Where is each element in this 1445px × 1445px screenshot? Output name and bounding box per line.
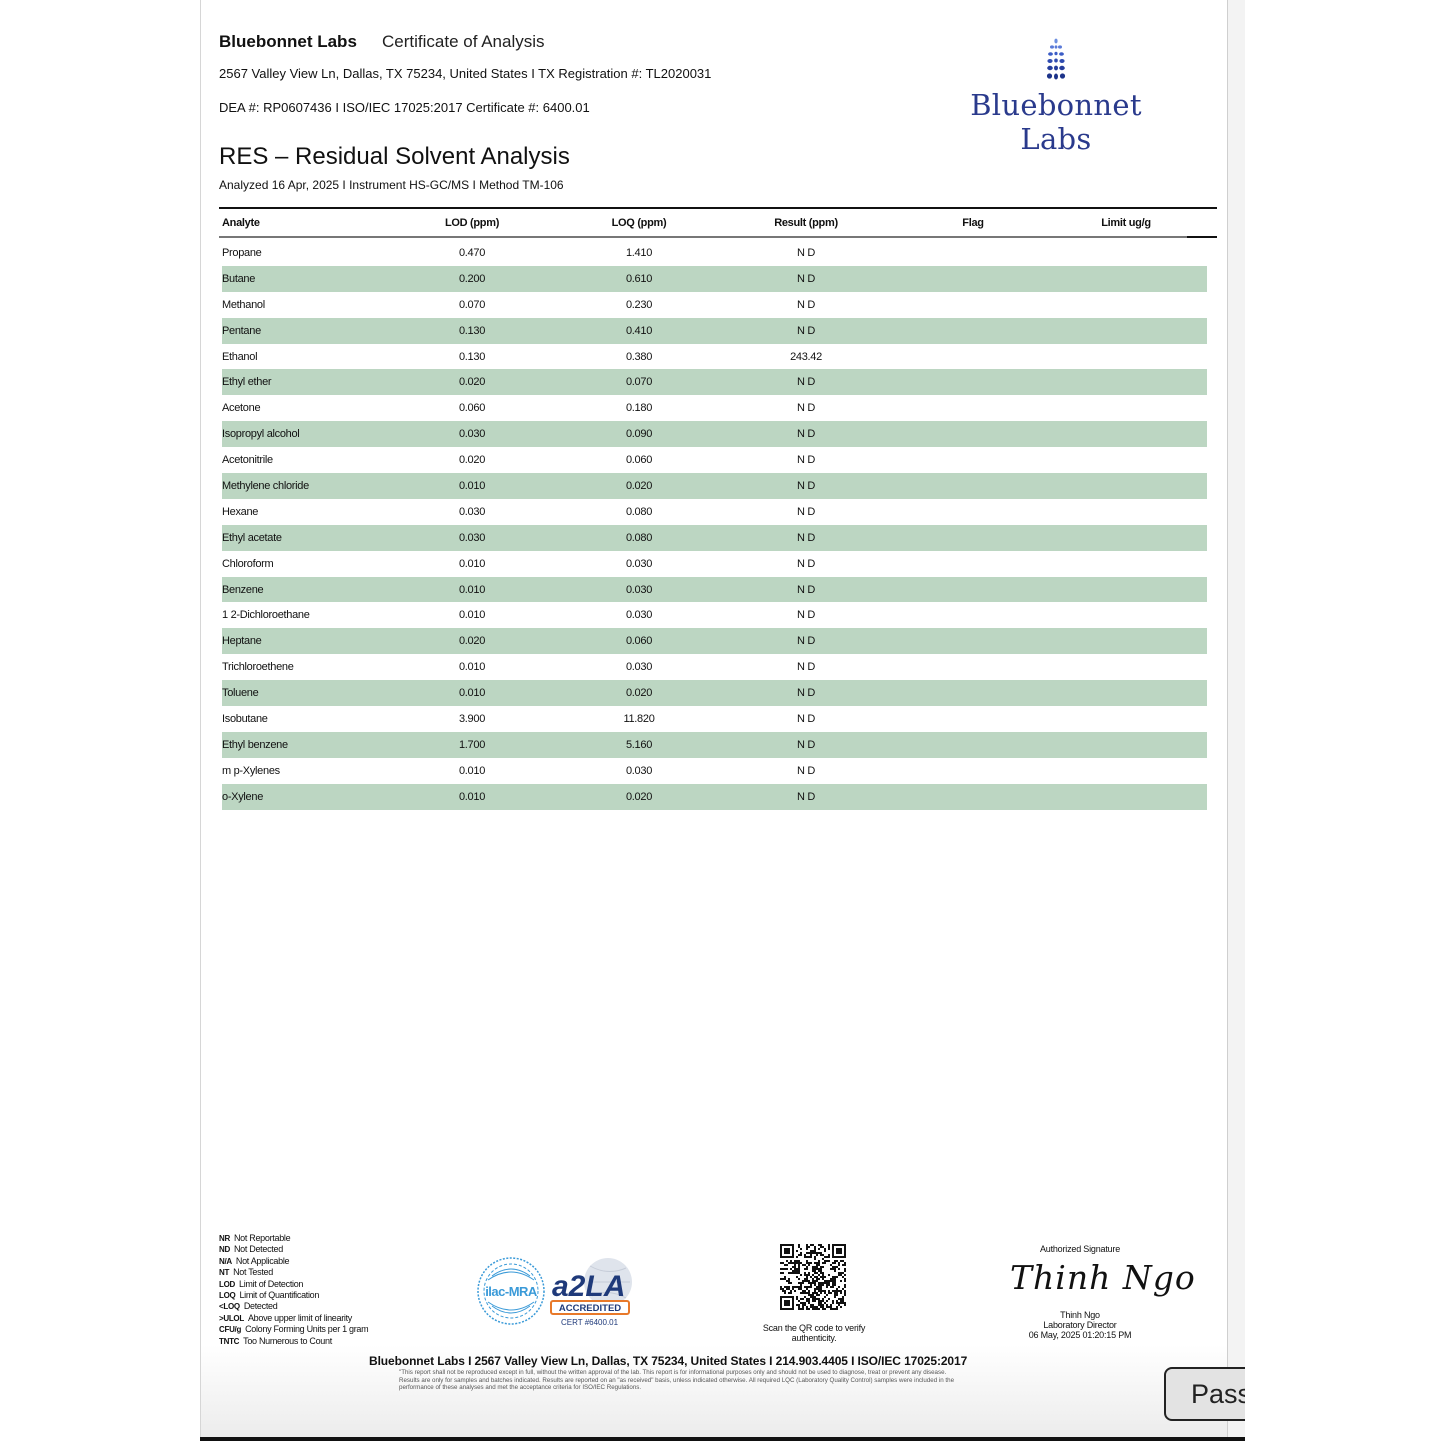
- svg-text:ilac-MRA: ilac-MRA: [485, 1284, 538, 1299]
- handwritten-signature: Thinh Ngo: [1010, 1258, 1196, 1297]
- result-value: N D: [797, 609, 815, 621]
- header-loq: LOQ (ppm): [612, 217, 667, 229]
- signature-datetime: 06 May, 2025 01:20:15 PM: [1000, 1330, 1160, 1340]
- loq-value: 0.030: [626, 661, 652, 673]
- loq-value: 0.080: [626, 506, 652, 518]
- result-value: N D: [797, 739, 815, 751]
- legend-item: CFU/gColony Forming Units per 1 gram: [219, 1324, 368, 1335]
- header-lod: LOD (ppm): [445, 217, 499, 229]
- signatory-role: Laboratory Director: [1000, 1320, 1160, 1330]
- loq-value: 0.090: [626, 428, 652, 440]
- legend-item: N/ANot Applicable: [219, 1256, 368, 1267]
- header-flag: Flag: [962, 217, 983, 229]
- lab-logo: Bluebonnet Labs: [930, 38, 1182, 156]
- table-row: m p-Xylenes0.0100.030N D: [222, 758, 1207, 784]
- result-value: N D: [797, 299, 815, 311]
- lod-value: 0.130: [459, 325, 485, 337]
- lod-value: 0.030: [459, 428, 485, 440]
- lod-value: 0.030: [459, 532, 485, 544]
- result-value: N D: [797, 325, 815, 337]
- lod-value: 0.010: [459, 480, 485, 492]
- analyte-name: Isobutane: [222, 713, 268, 725]
- analyte-name: o-Xylene: [222, 791, 263, 803]
- lod-value: 0.010: [459, 661, 485, 673]
- signatory-name: Thinh Ngo: [1000, 1310, 1160, 1320]
- header-analyte: Analyte: [222, 217, 260, 229]
- loq-value: 0.380: [626, 351, 652, 363]
- header-result: Result (ppm): [774, 217, 838, 229]
- result-value: N D: [797, 584, 815, 596]
- legend-abbr: <LOQ: [219, 1302, 240, 1311]
- lod-value: 0.020: [459, 376, 485, 388]
- analyte-name: Toluene: [222, 687, 258, 699]
- analyte-name: Chloroform: [222, 558, 273, 570]
- legend-abbr: NT: [219, 1268, 229, 1277]
- qr-caption: Scan the QR code to verify authenticity.: [760, 1323, 868, 1343]
- table-row: Chloroform0.0100.030N D: [222, 551, 1207, 577]
- table-row: Butane0.2000.610N D: [222, 266, 1207, 292]
- loq-value: 0.060: [626, 454, 652, 466]
- logo-wordmark: Bluebonnet Labs: [930, 88, 1182, 156]
- legend-abbr: ND: [219, 1245, 230, 1254]
- lod-value: 0.020: [459, 635, 485, 647]
- lod-value: 0.010: [459, 584, 485, 596]
- legend-item: NTNot Tested: [219, 1267, 368, 1278]
- analyte-name: Hexane: [222, 506, 258, 518]
- legend-meaning: Not Reportable: [234, 1233, 290, 1243]
- result-value: N D: [797, 635, 815, 647]
- footer-disclaimer: "This report shall not be reproduced exc…: [399, 1369, 959, 1392]
- ilac-mra-logo: ilac-MRA: [476, 1256, 546, 1326]
- legend-item: LOQLimit of Quantification: [219, 1290, 368, 1301]
- lod-value: 0.200: [459, 273, 485, 285]
- loq-value: 11.820: [623, 713, 654, 725]
- signature-label: Authorized Signature: [1000, 1244, 1160, 1254]
- legend-item: LODLimit of Detection: [219, 1279, 368, 1290]
- result-value: N D: [797, 713, 815, 725]
- loq-value: 0.020: [626, 687, 652, 699]
- legend-meaning: Colony Forming Units per 1 gram: [245, 1324, 368, 1334]
- svg-text:ACCREDITED: ACCREDITED: [559, 1303, 621, 1314]
- loq-value: 5.160: [626, 739, 652, 751]
- loq-value: 0.080: [626, 532, 652, 544]
- table-row: Ethyl acetate0.0300.080N D: [222, 525, 1207, 551]
- legend-meaning: Not Detected: [234, 1244, 283, 1254]
- lod-value: 0.010: [459, 687, 485, 699]
- legend-abbr: CFU/g: [219, 1325, 241, 1334]
- lab-name: Bluebonnet Labs: [219, 32, 357, 52]
- analyte-name: Ethyl acetate: [222, 532, 282, 544]
- analyte-name: m p-Xylenes: [222, 765, 280, 777]
- result-value: N D: [797, 273, 815, 285]
- lod-value: 0.060: [459, 402, 485, 414]
- legend-meaning: Limit of Quantification: [239, 1290, 319, 1300]
- result-value: N D: [797, 532, 815, 544]
- legend-abbr: LOQ: [219, 1291, 235, 1300]
- result-value: N D: [797, 661, 815, 673]
- table-row: Ethanol0.1300.380243.42: [222, 344, 1207, 370]
- page-bottom-border: [200, 1437, 1245, 1441]
- table-row: 1 2-Dichloroethane0.0100.030N D: [222, 602, 1207, 628]
- analyte-name: Ethyl benzene: [222, 739, 288, 751]
- analyte-name: 1 2-Dichloroethane: [222, 609, 310, 621]
- loq-value: 0.030: [626, 584, 652, 596]
- table-body: Propane0.4701.410N DButane0.2000.610N DM…: [219, 240, 1217, 810]
- result-value: N D: [797, 687, 815, 699]
- result-value: N D: [797, 428, 815, 440]
- table-row: Ethyl benzene1.7005.160N D: [222, 732, 1207, 758]
- legend-abbr: >ULOL: [219, 1314, 244, 1323]
- viewer-gutter: [1228, 0, 1245, 1440]
- legend-meaning: Not Tested: [233, 1267, 273, 1277]
- legend-abbr: TNTC: [219, 1337, 239, 1346]
- svg-text:a2LA: a2LA: [552, 1270, 625, 1303]
- result-value: N D: [797, 480, 815, 492]
- loq-value: 0.030: [626, 609, 652, 621]
- legend-item: TNTCToo Numerous to Count: [219, 1336, 368, 1347]
- analyte-name: Acetone: [222, 402, 260, 414]
- loq-value: 0.610: [626, 273, 652, 285]
- lod-value: 0.010: [459, 791, 485, 803]
- table-row: Ethyl ether0.0200.070N D: [222, 369, 1207, 395]
- verification-qr-code[interactable]: [780, 1244, 846, 1310]
- loq-value: 0.070: [626, 376, 652, 388]
- analyte-name: Ethanol: [222, 351, 257, 363]
- table-row: Isopropyl alcohol0.0300.090N D: [222, 421, 1207, 447]
- loq-value: 0.030: [626, 765, 652, 777]
- analyte-name: Heptane: [222, 635, 262, 647]
- residual-solvent-table: Analyte LOD (ppm) LOQ (ppm) Result (ppm)…: [219, 207, 1217, 810]
- header-limit: Limit ug/g: [1101, 217, 1151, 229]
- lab-address: 2567 Valley View Ln, Dallas, TX 75234, U…: [219, 66, 711, 81]
- legend-meaning: Too Numerous to Count: [243, 1336, 332, 1346]
- analyte-name: Isopropyl alcohol: [222, 428, 299, 440]
- legend-abbr: NR: [219, 1234, 230, 1243]
- lod-value: 0.010: [459, 609, 485, 621]
- analyte-name: Acetonitrile: [222, 454, 273, 466]
- legend-abbr: LOD: [219, 1280, 235, 1289]
- document-type: Certificate of Analysis: [382, 32, 545, 52]
- analyte-name: Benzene: [222, 584, 263, 596]
- lod-value: 0.130: [459, 351, 485, 363]
- table-row: o-Xylene0.0100.020N D: [222, 784, 1207, 810]
- analyte-name: Propane: [222, 247, 262, 259]
- table-row: Methylene chloride0.0100.020N D: [222, 473, 1207, 499]
- section-title: RES – Residual Solvent Analysis: [219, 143, 570, 171]
- loq-value: 0.410: [626, 325, 652, 337]
- legend-meaning: Limit of Detection: [239, 1279, 303, 1289]
- lod-value: 0.020: [459, 454, 485, 466]
- result-value: N D: [797, 506, 815, 518]
- loq-value: 0.030: [626, 558, 652, 570]
- bluebonnet-flower-icon: [1044, 38, 1068, 82]
- analyte-name: Butane: [222, 273, 255, 285]
- lod-value: 3.900: [459, 713, 485, 725]
- legend-meaning: Detected: [244, 1301, 278, 1311]
- table-header-rule: [219, 236, 1217, 238]
- analyte-name: Trichloroethene: [222, 661, 294, 673]
- legend-item: <LOQDetected: [219, 1301, 368, 1312]
- lod-value: 0.070: [459, 299, 485, 311]
- loq-value: 0.020: [626, 480, 652, 492]
- lod-value: 0.470: [459, 247, 485, 259]
- a2la-cert-number: CERT #6400.01: [561, 1318, 618, 1327]
- table-row: Propane0.4701.410N D: [222, 240, 1207, 266]
- analyte-name: Pentane: [222, 325, 261, 337]
- table-row: Heptane0.0200.060N D: [222, 628, 1207, 654]
- result-value: N D: [797, 402, 815, 414]
- loq-value: 0.230: [626, 299, 652, 311]
- table-row: Acetone0.0600.180N D: [222, 395, 1207, 421]
- signatory-details: Thinh Ngo Laboratory Director 06 May, 20…: [1000, 1310, 1160, 1340]
- legend-abbr: N/A: [219, 1257, 232, 1266]
- result-value: N D: [797, 558, 815, 570]
- table-row: Acetonitrile0.0200.060N D: [222, 447, 1207, 473]
- result-value: N D: [797, 376, 815, 388]
- legend-item: NDNot Detected: [219, 1244, 368, 1255]
- table-row: Isobutane3.90011.820N D: [222, 706, 1207, 732]
- table-row: Hexane0.0300.080N D: [222, 499, 1207, 525]
- loq-value: 1.410: [626, 247, 652, 259]
- analyte-name: Methanol: [222, 299, 265, 311]
- table-row: Benzene0.0100.030N D: [222, 577, 1207, 603]
- loq-value: 0.060: [626, 635, 652, 647]
- result-value: N D: [797, 765, 815, 777]
- loq-value: 0.020: [626, 791, 652, 803]
- table-header-row: Analyte LOD (ppm) LOQ (ppm) Result (ppm)…: [219, 209, 1217, 236]
- lod-value: 1.700: [459, 739, 485, 751]
- legend-item: NRNot Reportable: [219, 1233, 368, 1244]
- loq-value: 0.180: [626, 402, 652, 414]
- result-value: N D: [797, 791, 815, 803]
- footer-contact: Bluebonnet Labs I 2567 Valley View Ln, D…: [369, 1354, 967, 1368]
- lod-value: 0.010: [459, 765, 485, 777]
- table-row: Trichloroethene0.0100.030N D: [222, 654, 1207, 680]
- abbreviation-legend: NRNot ReportableNDNot DetectedN/ANot App…: [219, 1233, 368, 1347]
- analysis-meta: Analyzed 16 Apr, 2025 I Instrument HS-GC…: [219, 178, 564, 192]
- legend-item: >ULOLAbove upper limit of linearity: [219, 1313, 368, 1324]
- table-row: Toluene0.0100.020N D: [222, 680, 1207, 706]
- result-value: N D: [797, 454, 815, 466]
- lab-credentials: DEA #: RP0607436 I ISO/IEC 17025:2017 Ce…: [219, 100, 590, 115]
- result-value: N D: [797, 247, 815, 259]
- legend-meaning: Not Applicable: [236, 1256, 289, 1266]
- table-row: Pentane0.1300.410N D: [222, 318, 1207, 344]
- analyte-name: Ethyl ether: [222, 376, 271, 388]
- table-row: Methanol0.0700.230N D: [222, 292, 1207, 318]
- lod-value: 0.030: [459, 506, 485, 518]
- lod-value: 0.010: [459, 558, 485, 570]
- legend-meaning: Above upper limit of linearity: [248, 1313, 352, 1323]
- viewport-right-area: [1245, 0, 1445, 1445]
- result-value: 243.42: [790, 351, 822, 363]
- analyte-name: Methylene chloride: [222, 480, 309, 492]
